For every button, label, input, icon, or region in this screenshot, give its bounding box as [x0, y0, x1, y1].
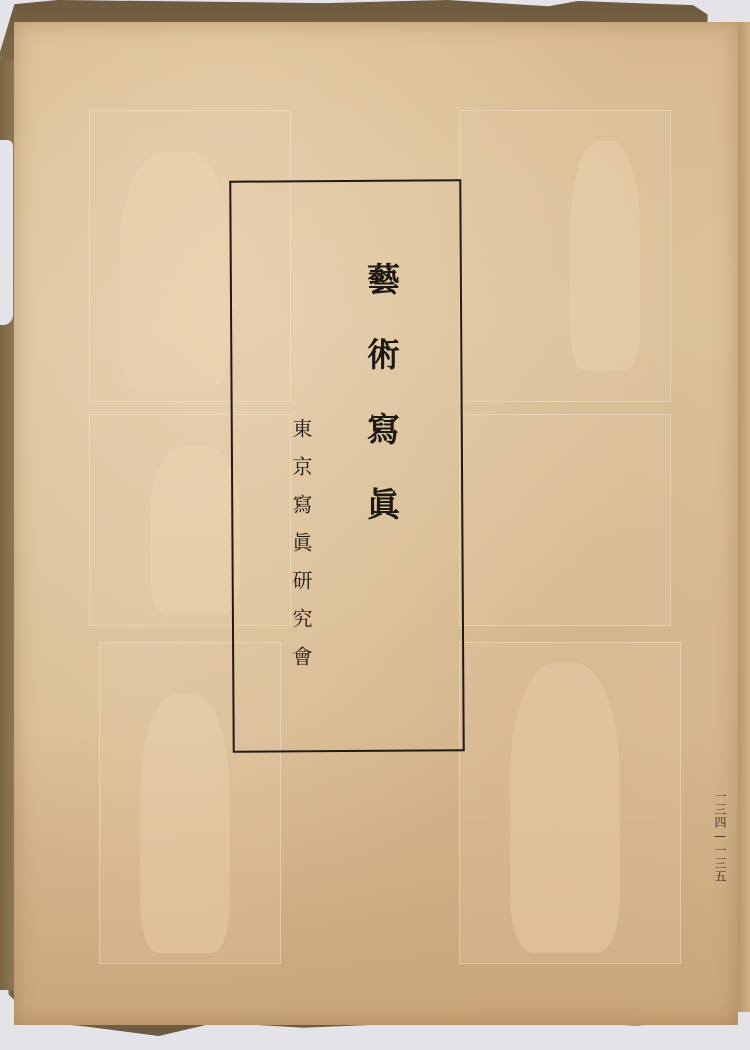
- show-through-photo-mid-right: [459, 414, 671, 626]
- ghost-figure: [150, 445, 240, 615]
- ghost-figure: [120, 151, 230, 391]
- ghost-figure: [570, 141, 640, 371]
- show-through-photo-bottom-right: [459, 642, 681, 964]
- title-frame: [229, 179, 464, 752]
- page-edge-right: [738, 22, 750, 1012]
- show-through-photo-top-right: [459, 110, 671, 402]
- book-title: 藝術寫眞: [358, 262, 405, 562]
- publisher-name: 東京寫眞研究會: [287, 418, 316, 684]
- torn-edge: [0, 140, 13, 325]
- page-number: 一三四—一三五: [712, 790, 729, 883]
- ghost-figure: [510, 663, 620, 953]
- ghost-figure: [140, 693, 230, 953]
